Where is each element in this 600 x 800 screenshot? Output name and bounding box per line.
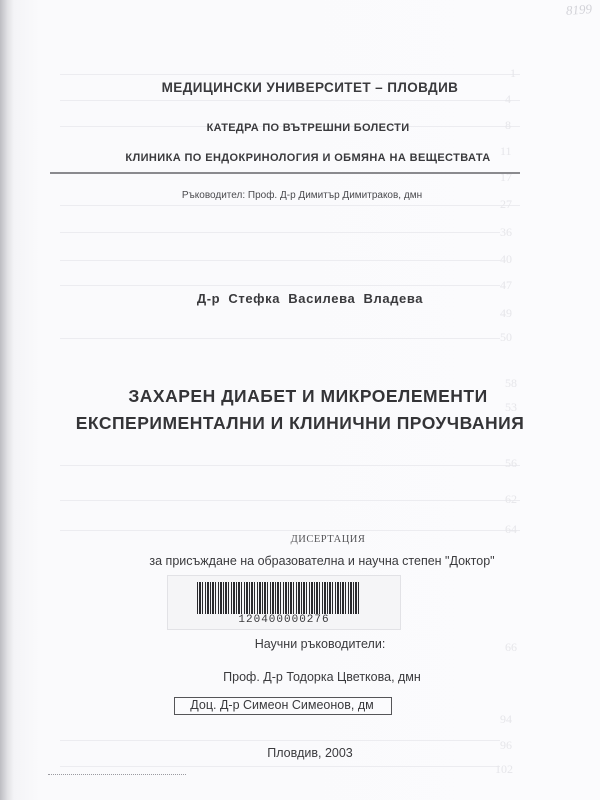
supervisors-label: Научни ръководители:: [20, 637, 600, 651]
bleed-page-number: 50: [500, 330, 512, 345]
thesis-title-line-2: ЕКСПЕРИМЕНТАЛНИ И КЛИНИЧНИ ПРОУЧВАНИЯ: [0, 413, 600, 434]
clinic-name: КЛИНИКА ПО ЕНДОКРИНОЛОГИЯ И ОБМЯНА НА ВЕ…: [8, 152, 600, 164]
degree-statement: за присъждане на образователна и научна …: [22, 554, 600, 568]
bleed-line: [60, 100, 520, 101]
bleed-line: [60, 740, 500, 741]
bleed-line: [60, 285, 500, 286]
bleed-page-number: 36: [500, 225, 512, 240]
header-divider: [50, 172, 520, 174]
bleed-page-number: 1: [510, 66, 516, 81]
supervisor-2: Доц. Д-р Симеон Симеонов, дм: [0, 698, 582, 712]
barcode-icon: [197, 582, 360, 614]
handwritten-note: 8199: [565, 1, 592, 19]
university-name: МЕДИЦИНСКИ УНИВЕРСИТЕТ – ПЛОВДИВ: [10, 80, 600, 95]
bleed-line: [60, 338, 500, 339]
department-name: КАТЕДРА ПО ВЪТРЕШНИ БОЛЕСТИ: [8, 122, 600, 134]
barcode-number: 120400000276: [168, 614, 400, 626]
barcode-label: 120400000276: [167, 575, 401, 630]
thesis-title-line-1: ЗАХАРЕН ДИАБЕТ И МИКРОЕЛЕМЕНТИ: [8, 386, 600, 407]
bleed-page-number: 40: [500, 252, 512, 267]
bleed-line: [60, 766, 500, 767]
page-binding-shadow: [0, 0, 8, 800]
clinic-head: Ръководител: Проф. Д-р Димитър Димитрако…: [2, 190, 600, 201]
document-type: ДИСЕРТАЦИЯ: [28, 534, 600, 545]
bleed-line: [60, 74, 520, 75]
bleed-line: [60, 530, 520, 531]
bleed-page-number: 56: [505, 456, 517, 471]
bleed-line: [60, 500, 520, 501]
bleed-line: [60, 232, 500, 233]
dotted-line: [48, 774, 186, 775]
document-page: 1 4 8 11 17 27 36 40 47 49 50 58 53 56 6…: [0, 0, 600, 800]
bleed-line: [60, 260, 500, 261]
bleed-page-number: 102: [495, 762, 513, 777]
bleed-line: [60, 205, 520, 206]
supervisor-1: Проф. Д-р Тодорка Цветкова, дмн: [22, 670, 600, 684]
bleed-page-number: 49: [500, 306, 512, 321]
bleed-line: [60, 465, 520, 466]
bleed-page-number: 94: [500, 712, 512, 727]
bleed-page-number: 62: [505, 492, 517, 507]
author-name: Д-р Стефка Василева Владева: [10, 291, 600, 306]
place-and-year: Пловдив, 2003: [10, 746, 600, 760]
